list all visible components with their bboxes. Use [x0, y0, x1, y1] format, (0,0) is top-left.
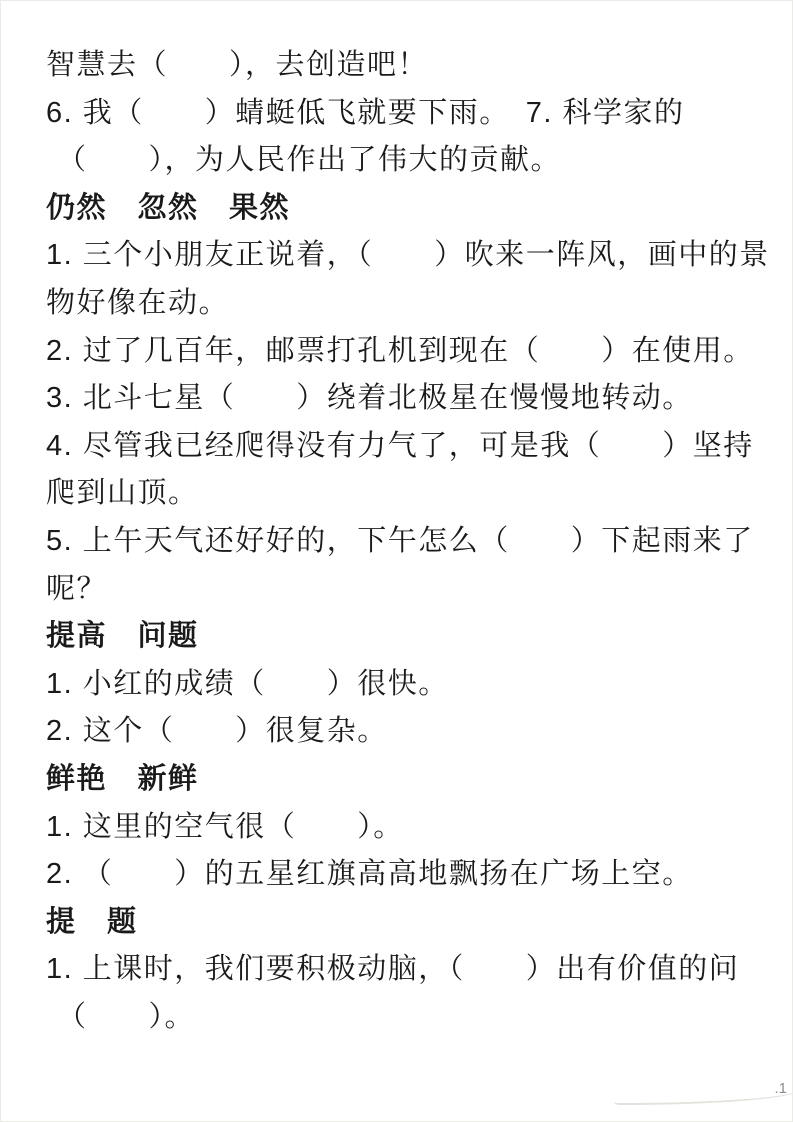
word-bank-heading: 仍然 忽然 果然 [46, 185, 788, 233]
exercise-line: 智慧去（ ），去创造吧！ [46, 42, 788, 90]
worksheet-page: 智慧去（ ），去创造吧！6. 我（ ）蜻蜓低飞就要下雨。 7. 科学家的（ ），… [0, 0, 793, 1122]
exercise-line: 呢？ [46, 566, 788, 614]
exercise-line: （ ），为人民作出了伟大的贡献。 [46, 137, 788, 185]
exercise-line: 6. 我（ ）蜻蜓低飞就要下雨。 7. 科学家的 [46, 90, 788, 138]
exercise-line: 2. 这个（ ）很复杂。 [46, 708, 788, 756]
exercise-line: 2. （ ）的五星红旗高高地飘扬在广场上空。 [46, 851, 788, 899]
worksheet-body: 智慧去（ ），去创造吧！6. 我（ ）蜻蜓低飞就要下雨。 7. 科学家的（ ），… [46, 42, 788, 1041]
exercise-line: 5. 上午天气还好好的，下午怎么（ ）下起雨来了 [46, 518, 788, 566]
exercise-line: 1. 三个小朋友正说着，（ ）吹来一阵风，画中的景 [46, 232, 788, 280]
exercise-line: 物好像在动。 [46, 280, 788, 328]
word-bank-heading: 提 题 [46, 899, 788, 947]
exercise-line: 1. 上课时，我们要积极动脑，（ ）出有价值的问 [46, 946, 788, 994]
exercise-line: 1. 这里的空气很（ ）。 [46, 804, 788, 852]
exercise-line: 2. 过了几百年，邮票打孔机到现在（ ）在使用。 [46, 328, 788, 376]
exercise-line: 爬到山顶。 [46, 470, 788, 518]
page-number-fragment: .1 [774, 1081, 787, 1096]
exercise-line: 1. 小红的成绩（ ）很快。 [46, 661, 788, 709]
exercise-line: 4. 尽管我已经爬得没有力气了，可是我（ ）坚持 [46, 423, 788, 471]
exercise-line: 3. 北斗七星（ ）绕着北极星在慢慢地转动。 [46, 375, 788, 423]
page-curl-shadow [614, 1087, 793, 1105]
word-bank-heading: 提高 问题 [46, 613, 788, 661]
word-bank-heading: 鲜艳 新鲜 [46, 756, 788, 804]
exercise-line: （ ）。 [46, 994, 788, 1042]
